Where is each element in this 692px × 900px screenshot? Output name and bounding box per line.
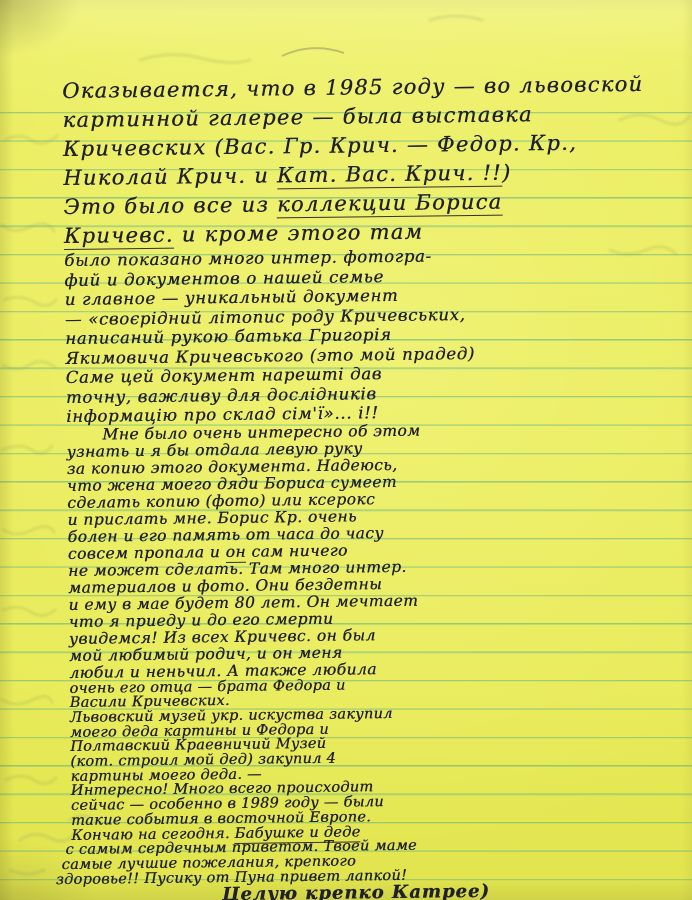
letter-page: Оказывается, что в 1985 году — во львовс… bbox=[0, 0, 692, 900]
letter-text: Оказывается, что в 1985 году — во львовс… bbox=[62, 69, 692, 900]
